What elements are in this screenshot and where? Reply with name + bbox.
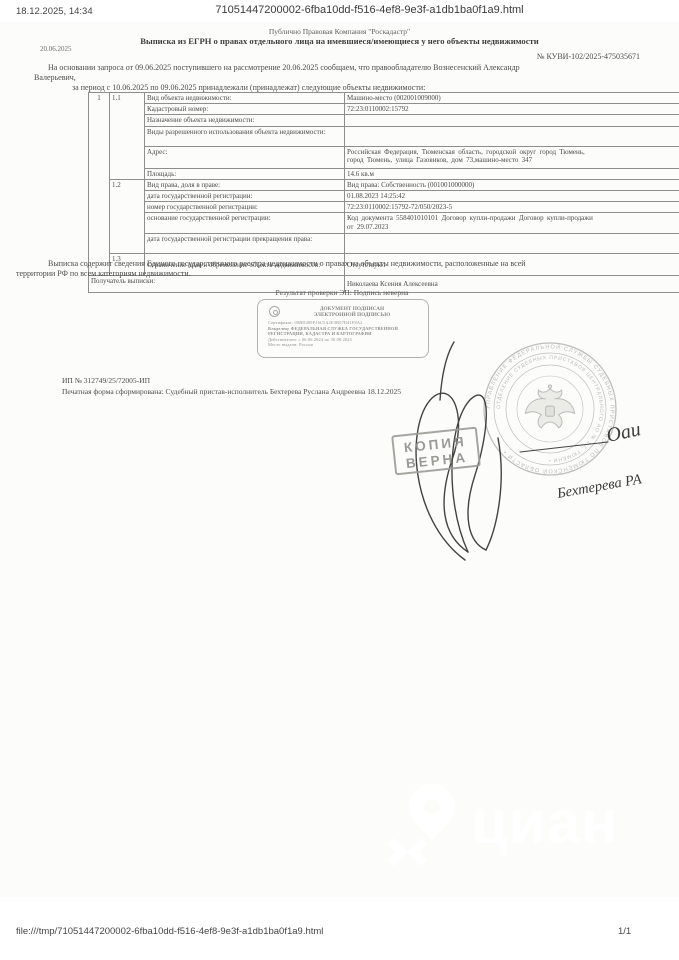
table-row: номер государственной регистрации: 72:23… bbox=[89, 202, 679, 213]
row-label: Площадь: bbox=[145, 168, 345, 179]
row-label: Адрес: bbox=[145, 146, 345, 168]
row-label: основание государственной регистрации: bbox=[145, 213, 345, 234]
table-row: Назначение объекта недвижимости: bbox=[89, 115, 679, 126]
row-value bbox=[345, 115, 679, 126]
row-label: номер государственной регистрации: bbox=[145, 202, 345, 213]
cian-watermark-text: циан bbox=[471, 788, 618, 857]
row-label: дата государственной регистрации прекращ… bbox=[145, 234, 345, 254]
print-preview-page: 18.12.2025, 14:34 71051447200002-6fba10d… bbox=[0, 0, 679, 960]
intro-paragraph-line1: На основании запроса от 09.06.2025 посту… bbox=[48, 63, 520, 72]
document-layer: Публично Правовая Компания "Роскадастр" … bbox=[0, 0, 679, 960]
row-value: 72:23:0110002:15792 bbox=[345, 104, 679, 115]
row-value: Российская Федерация, Тюменская область,… bbox=[345, 146, 679, 168]
row-label: Кадастровый номер: bbox=[145, 104, 345, 115]
row-value: 72:23:0110002:15792-72/050/2023-5 bbox=[345, 202, 679, 213]
document-number: № КУВИ-102/2025-475035671 bbox=[0, 52, 640, 61]
signature-verification-result: Результат проверки ЭП: Подпись неверна bbox=[0, 288, 679, 297]
section-1-1-cell: 1.1 bbox=[110, 93, 145, 180]
round-fssp-stamp: УПРАВЛЕНИЕ ФЕДЕРАЛЬНОЙ СЛУЖБЫ СУДЕБНЫХ П… bbox=[484, 343, 616, 476]
intro-paragraph-line3: за период с 10.06.2025 по 09.06.2025 при… bbox=[72, 83, 425, 92]
row-value: Вид права: Собственность (001001000000) bbox=[345, 179, 679, 190]
table-row: Кадастровый номер: 72:23:0110002:15792 bbox=[89, 104, 679, 115]
note-line1: Выписка содержит сведения Единого госуда… bbox=[48, 259, 526, 268]
printed-form-info: Печатная форма сформирована: Судебный пр… bbox=[62, 387, 401, 396]
row-value: 14.6 кв.м bbox=[345, 168, 679, 179]
roskadastr-emblem-icon bbox=[269, 306, 280, 317]
intro-paragraph-line2: Валерьевич, bbox=[34, 73, 76, 82]
row-value bbox=[345, 234, 679, 254]
row-label: Вид объекта недвижимости: bbox=[145, 93, 345, 104]
table-row: Площадь: 14.6 кв.м bbox=[89, 168, 679, 179]
table-row: Виды разрешенного использования объекта … bbox=[89, 126, 679, 146]
handwriting-name-signature: Бехтерева РА bbox=[555, 471, 643, 502]
row-value: Машино-место (002001009000) bbox=[345, 93, 679, 104]
table-row: основание государственной регистрации: К… bbox=[89, 213, 679, 234]
table-row: дата государственной регистрации прекращ… bbox=[89, 234, 679, 254]
table-row: дата государственной регистрации: 01.08.… bbox=[89, 191, 679, 202]
enforcement-case-number: ИП № 312749/25/72005-ИП bbox=[62, 376, 150, 385]
table-row: 1.2 Вид права, доля в праве: Вид права: … bbox=[89, 179, 679, 190]
table-row: Адрес: Российская Федерация, Тюменская о… bbox=[89, 146, 679, 168]
row-label: Назначение объекта недвижимости: bbox=[145, 115, 345, 126]
row-label: Виды разрешенного использования объекта … bbox=[145, 126, 345, 146]
row-label: Вид права, доля в праве: bbox=[145, 179, 345, 190]
row-value bbox=[345, 126, 679, 146]
row-value: 01.08.2023 14:25:42 bbox=[345, 191, 679, 202]
note-line2: территории РФ по всем категориям недвижи… bbox=[16, 269, 191, 278]
row-label: дата государственной регистрации: bbox=[145, 191, 345, 202]
issuing-organization: Публично Правовая Компания "Роскадастр" bbox=[0, 27, 679, 36]
print-footer-page-indicator: 1/1 bbox=[618, 926, 631, 937]
section-1-2-cell: 1.2 bbox=[110, 179, 145, 254]
cian-pin-icon bbox=[385, 782, 467, 874]
esign-header-line2: ЭЛЕКТРОННОЙ ПОДПИСЬЮ bbox=[284, 312, 420, 318]
table-row: 1 1.1 Вид объекта недвижимости: Машино-м… bbox=[89, 93, 679, 104]
object-index-cell: 1 bbox=[89, 93, 110, 276]
document-title: Выписка из ЕГРН о правах отдельного лица… bbox=[0, 36, 679, 46]
cian-watermark: циан bbox=[385, 782, 665, 877]
print-footer-file-url: file:///tmp/71051447200002-6fba10dd-f516… bbox=[16, 926, 323, 937]
double-headed-eagle-icon bbox=[525, 385, 574, 428]
row-value: Код документа 558401010101 Договор купли… bbox=[345, 213, 679, 234]
